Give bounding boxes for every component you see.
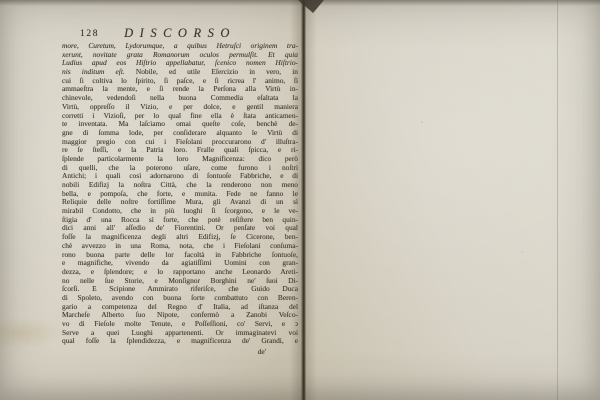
text-line: Marcheſe Alberto ſuo Nipote, confermò a … [62,311,298,320]
text-line: ſcorſi. E Scipione Ammirato riferiſce, c… [62,285,298,294]
text-line: xerunt, novitate grata Romanorum oculos … [62,51,298,60]
text-line: nis inditum eſt. Nobile, ed utile Eſerci… [62,68,298,77]
text-line: gne di ſomma lode, per conſiderare alqua… [62,129,298,138]
text-line: vo di Fieſole molte Tenute, e Poſſeſſion… [62,320,298,329]
text-line: Antichi; i quali così adornarono di ſont… [62,172,298,181]
text-line: bella, e pompoſa, che forte, e munita. F… [62,190,298,199]
text-line: di Spoleto, avendo con buona ſorte comba… [62,294,298,303]
text-line: ammaeſtra la mente, e ſi rende la Perſon… [62,85,298,94]
text-line: Serve a quei Luoghi appartenenti. Or imm… [62,329,298,338]
text-line: more, Curetum, Lydorumque, a quibus Hetr… [62,42,298,51]
text-line: mirabil Condotto, che in più luoghi ſi ſ… [62,207,298,216]
text-line: Reliquie delle noſtre fortiſſime Mura, g… [62,198,298,207]
text-line: te inventata. Ma laſciamo omai queſte co… [62,120,298,129]
left-page: 128 DISCORSO more, Curetum, Lydorumque, … [0,0,303,400]
text-line: e magnifiche, vivendo da agiatiſſimi Uom… [62,259,298,268]
text-line: dici anni all' aſſedio de' Fiorentini. O… [62,224,298,233]
text-line: qual foſſe la ſplendidezza, e magnificen… [62,337,298,346]
text-line: rono buona parte delle lor facoltà in Fa… [62,251,298,260]
right-page: SESTO. 129 de' Secolari, ſe tanta era qu… [303,0,600,400]
left-page-header: 128 DISCORSO [62,26,298,42]
text-line: corretti i Vizioſi, per lo qual fine ell… [62,112,298,121]
text-line: Virtù, oppreſſo il Vizio, e per dolce, e… [62,103,298,112]
text-line: gario a competenza del Regno d' Italia, … [62,303,298,312]
text-line: Ludius apud eos Hiſtrio appellabatur, ſc… [62,59,298,68]
text-line: dezza, e ſplendore; e lo rapportano anch… [62,268,298,277]
text-line: chè avvezzo in una Roma, nota, che i Fie… [62,242,298,251]
left-page-number: 128 [80,29,99,39]
text-line: di quelli, che la poterono uſare, come f… [62,164,298,173]
left-catchword-line: de' [62,347,298,356]
text-line: chinevole, vedendoſi nella buona Commedi… [62,94,298,103]
text-line: ſplende particolarmente la loro Magnific… [62,155,298,164]
text-line: no nelle ſue Storie, e Monſignor Borghin… [62,277,298,286]
text-line: maggior pregio con cui i Fieſolani procc… [62,138,298,147]
left-catchword: de' [258,347,266,356]
text-line: re ſe ſteſſi, e la Patria loro. Fralle q… [62,146,298,155]
left-page-text: more, Curetum, Lydorumque, a quibus Hetr… [62,42,298,346]
book-photo: 128 DISCORSO more, Curetum, Lydorumque, … [0,0,600,400]
text-line: foſſe la magnificenza degli altri Edifiz… [62,233,298,242]
text-line: cui ſi coltiva lo ſpirito, ſi paſce, e ſ… [62,77,298,86]
text-line: ſtigia d' una Rocca sì forte, che potè r… [62,216,298,225]
text-line: nobili Edifizj la noſtra Città, che la r… [62,181,298,190]
